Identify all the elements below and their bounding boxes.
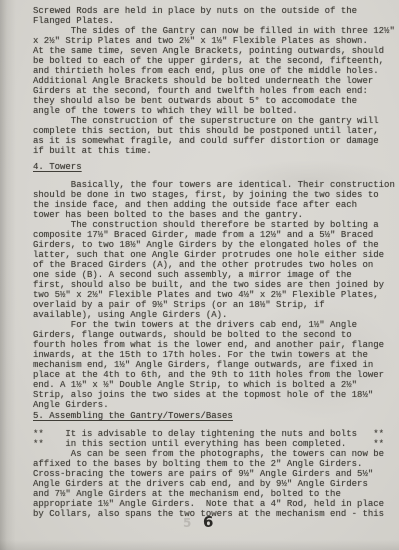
paragraph-towers-construction: The construction should therefore be sta… xyxy=(33,220,395,320)
document-page: Screwed Rods are held in place by nuts o… xyxy=(0,0,399,550)
intro-section: Screwed Rods are held in place by nuts o… xyxy=(33,6,395,156)
paragraph-assembly: As can be seen from the photographs, the… xyxy=(33,449,395,519)
paragraph-twin-towers: For the twin towers at the drivers cab e… xyxy=(33,320,395,410)
paragraph-towers-overview: Basically, the four towers are identical… xyxy=(33,180,395,220)
page-number: 6 xyxy=(203,513,213,531)
paragraph-gantry-sides: The sides of the Gantry can now be fille… xyxy=(33,26,395,116)
section-heading-towers: 4. Towers xyxy=(33,162,82,172)
warning-note: ** It is advisable to delay tightening t… xyxy=(33,429,395,449)
paragraph-superstructure: The construction of the superstructure o… xyxy=(33,116,395,156)
paragraph-screwed-rods: Screwed Rods are held in place by nuts o… xyxy=(33,6,395,26)
page-number-ghost: 5 xyxy=(183,516,191,530)
assembly-section-note: ** It is advisable to delay tightening t… xyxy=(33,429,395,449)
section-heading-assembling: 5. Assembling the Gantry/Towers/Bases xyxy=(33,411,233,421)
assembly-section: As can be seen from the photographs, the… xyxy=(33,449,395,519)
towers-section: Basically, the four towers are identical… xyxy=(33,180,395,410)
